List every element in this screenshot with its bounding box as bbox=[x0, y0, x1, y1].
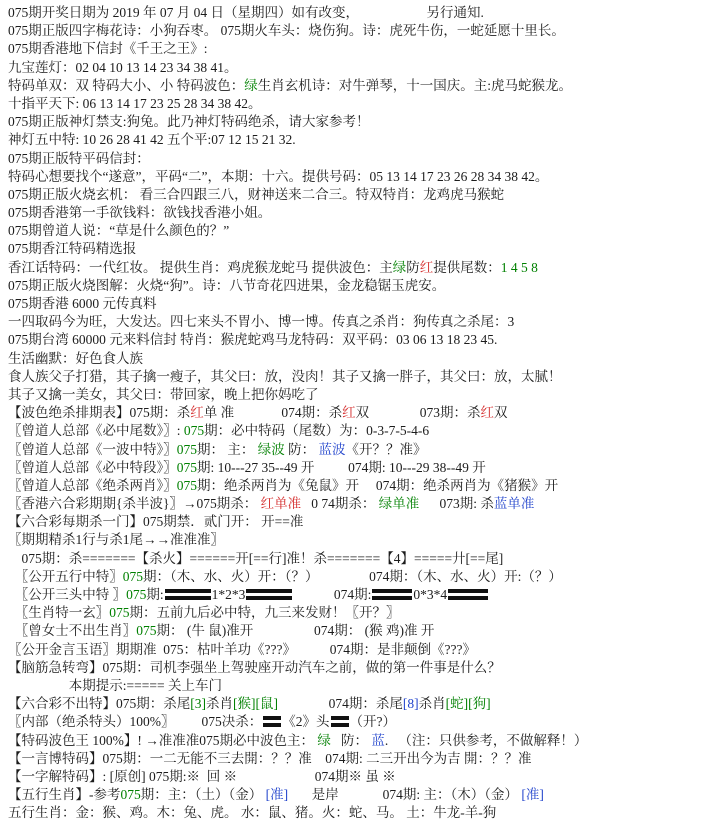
text-segment: 绿单准 bbox=[379, 496, 420, 511]
text-line: 075期正版火烧玄机： 看三合四跟三八，财神送来二合三。特双特肖：龙鸡虎马猴蛇 bbox=[8, 186, 723, 204]
text-segment: 神灯五中特: 10 26 28 41 42 五个平:07 12 15 21 32… bbox=[8, 132, 296, 147]
censored-bar bbox=[263, 716, 281, 727]
text-segment: [准] bbox=[266, 787, 289, 802]
censored-bar bbox=[448, 589, 488, 600]
text-segment: 073期: 杀 bbox=[419, 496, 494, 511]
text-line: 【脑筋急转弯】075期：司机李强坐上驾驶座开动汽车之前，做的第一件事是什么？ bbox=[8, 659, 723, 677]
text-line: 075期开奖日期为 2019 年 07 月 04 日（星期四）如有改变， 另行通… bbox=[8, 4, 723, 22]
text-segment: 074期：杀尾 bbox=[278, 696, 403, 711]
text-segment: 防 bbox=[406, 260, 420, 275]
text-line: 075期正版火烧图解：火烧“狗”。诗：八节奇花四进果，金龙稳锯玉虎安。 bbox=[8, 277, 723, 295]
text-segment: 生肖玄机诗：对牛弹琴，十一国庆。主:虎马蛇猴龙。 bbox=[258, 78, 572, 93]
text-segment: 0*3*4 bbox=[413, 587, 447, 602]
text-line: 075期：杀=======【杀火】======开[==行]准！杀=======【… bbox=[8, 550, 723, 568]
text-line: 〖公开五行中特〗075期：（木、水、火）开：（？） 074期：（木、水、火）开:… bbox=[8, 568, 723, 586]
text-segment: 防： bbox=[285, 442, 319, 457]
text-segment: 075期正版神灯禁支:狗兔。此乃神灯特码绝杀，请大家参考！ bbox=[8, 114, 370, 129]
text-segment: 075 bbox=[184, 423, 204, 438]
text-segment: 075期正版特平码信封： bbox=[8, 151, 150, 166]
text-segment: 期: 10---27 35--49 开 074期: 10---29 38--49… bbox=[197, 460, 486, 475]
text-segment: 〖曾道人总部《必中特段》〗 bbox=[8, 460, 177, 475]
text-segment: 【六合彩不出特】075期：杀尾 bbox=[8, 696, 190, 711]
text-segment: 〖内部（绝杀特头）100%〗 075决杀： bbox=[8, 714, 262, 729]
text-segment: 红 bbox=[481, 405, 495, 420]
text-segment: 期：绝杀两肖为《兔鼠》开 074期：绝杀两肖为《猪猴》开 bbox=[197, 478, 558, 493]
text-line: 075期台湾 60000 元来料信封 特肖：猴虎蛇鸡马龙特码：双平码：03 06… bbox=[8, 331, 723, 349]
text-line: 〖曾道人总部《必中尾数》〗: 075期：必中特码（尾数）为：0-3-7-5-4-… bbox=[8, 422, 723, 440]
text-line: 食人族父子打猎，其子擒一瘦子，其父曰：放，没肉！其子又擒一胖子，其父曰：放，太腻… bbox=[8, 368, 723, 386]
text-line: 〖曾道人总部《绝杀两肖》〗075期：绝杀两肖为《兔鼠》开 074期：绝杀两肖为《… bbox=[8, 477, 723, 495]
text-line: 【六合彩每期杀一门】075期禁．贰门开： 开==准 bbox=[8, 513, 723, 531]
text-segment: 香江话特码：一代红妆。 提供生肖：鸡虎猴龙蛇马 提供波色：主 bbox=[8, 260, 393, 275]
text-segment: 〖公开三头中特 〗 bbox=[8, 587, 126, 602]
text-line: 075期正版神灯禁支:狗兔。此乃神灯特码绝杀，请大家参考！ bbox=[8, 113, 723, 131]
text-segment: 防： bbox=[331, 733, 372, 748]
text-segment: 【特码波色王 100%】! →准准准075期必中波色主： bbox=[8, 733, 317, 748]
text-line: 075期香港第一手欲钱料：欲钱找香港小姐。 bbox=[8, 204, 723, 222]
text-line: 〖内部（绝杀特头）100%〗 075决杀：《2》头（开?） bbox=[8, 713, 723, 731]
text-segment: 075期香港地下信封《千王之王》: bbox=[8, 41, 208, 56]
text-segment: 十指平天下: 06 13 14 17 23 25 28 34 38 42。 bbox=[8, 96, 262, 111]
text-line: 〖期期精杀1行与杀1尾→→准准准〗 bbox=[8, 531, 723, 549]
text-line: 【一字解特码】: [原创] 075期:※ 回 ※ 074期※ 虽 ※ bbox=[8, 768, 723, 786]
text-segment: [3] bbox=[190, 696, 206, 711]
censored-bar bbox=[372, 589, 412, 600]
text-segment: 075 bbox=[121, 787, 141, 802]
text-line: 九宝莲灯：02 04 10 13 14 23 34 38 41。 bbox=[8, 59, 723, 77]
text-segment: 红 bbox=[190, 405, 204, 420]
text-line: 【特码波色王 100%】! →准准准075期必中波色主： 绿 防： 蓝. （注：… bbox=[8, 732, 723, 750]
text-segment: 【六合彩每期杀一门】075期禁．贰门开： 开==准 bbox=[8, 514, 303, 529]
text-segment: 红单准 bbox=[261, 496, 302, 511]
text-segment: 0 74期杀： bbox=[301, 496, 379, 511]
text-segment: 生活幽默：好色食人族 bbox=[8, 351, 143, 366]
censored-bar bbox=[331, 716, 349, 727]
text-segment: 〖曾道人总部《绝杀两肖》〗 bbox=[8, 478, 177, 493]
text-line: 075期正版特平码信封： bbox=[8, 150, 723, 168]
text-segment: 075 bbox=[123, 569, 143, 584]
text-line: 特码单双：双 特码大小、小 特码波色：绿生肖玄机诗：对牛弹琴，十一国庆。主:虎马… bbox=[8, 77, 723, 95]
censored-bar bbox=[165, 589, 211, 600]
text-segment: 期: bbox=[146, 587, 163, 602]
text-line: 【五行生肖】-参考075期：主：（土）（金） [准] 是岸 074期: 主：（木… bbox=[8, 786, 723, 804]
text-line: 【六合彩不出特】075期：杀尾[3]杀肖[猴][鼠] 074期：杀尾[8]杀肖[… bbox=[8, 695, 723, 713]
text-line: 特码心想要找个“遂意”，平码“二”，本期：十六。提供号码：05 13 14 17… bbox=[8, 168, 723, 186]
text-segment: 075 bbox=[109, 605, 129, 620]
text-line: 一四取码今为旺，大发达。四七来头不胃小、博一博。传真之杀肖：狗传真之杀尾：3 bbox=[8, 313, 723, 331]
text-segment: . （注：只供参考，不做解释！） bbox=[385, 733, 588, 748]
text-segment: 075 bbox=[126, 587, 146, 602]
text-segment: 双 bbox=[494, 405, 508, 420]
text-segment: 其子又擒一美女，其父曰：带回家，晚上把你妈吃了 bbox=[8, 387, 319, 402]
text-line: 其子又擒一美女，其父曰：带回家，晚上把你妈吃了 bbox=[8, 386, 723, 404]
text-segment: （开?） bbox=[350, 714, 397, 729]
text-line: 〖公开三头中特 〗075期:1*2*3 074期:0*3*4 bbox=[8, 586, 723, 604]
text-segment: 期： 主： bbox=[197, 442, 258, 457]
text-segment: 特码心想要找个“遂意”，平码“二”，本期：十六。提供号码：05 13 14 17… bbox=[8, 169, 548, 184]
text-line: 〖曾女士不出生肖〗075期： (牛 鼠)准开 074期： (猴 鸡)准 开 bbox=[8, 622, 723, 640]
text-line: 075期曾道人说：“草是什么颜色的？” bbox=[8, 222, 723, 240]
text-segment: [蛇][狗] bbox=[446, 696, 491, 711]
text-segment: 【波色绝杀排期表】075期：杀 bbox=[8, 405, 190, 420]
text-segment: 是岸 074期: 主：（木）（金） bbox=[288, 787, 521, 802]
text-line: 十指平天下: 06 13 14 17 23 25 28 34 38 42。 bbox=[8, 95, 723, 113]
text-segment: [8] bbox=[403, 696, 419, 711]
text-line: 〖曾道人总部《必中特段》〗075期: 10---27 35--49 开 074期… bbox=[8, 459, 723, 477]
text-segment: 期： (牛 鼠)准开 074期： (猴 鸡)准 开 bbox=[157, 623, 435, 638]
text-segment: 【五行生肖】-参考 bbox=[8, 787, 121, 802]
text-segment: 075期香港 6000 元传真料 bbox=[8, 296, 157, 311]
text-segment: 074期: bbox=[293, 587, 371, 602]
text-segment: 杀肖 bbox=[206, 696, 233, 711]
text-segment: 红 bbox=[342, 405, 356, 420]
text-segment: 〖曾道人总部《必中尾数》〗: bbox=[8, 423, 184, 438]
text-segment: 075 bbox=[177, 442, 197, 457]
text-segment: 1*2*3 bbox=[212, 587, 246, 602]
text-segment: 【脑筋急转弯】075期：司机李强坐上驾驶座开动汽车之前，做的第一件事是什么？ bbox=[8, 660, 501, 675]
text-segment: 双 073期：杀 bbox=[356, 405, 481, 420]
text-line: 〖香港六合彩期期{杀半波}〗→075期杀： 红单准 0 74期杀： 绿单准 07… bbox=[8, 495, 723, 513]
text-segment: 〖曾女士不出生肖〗 bbox=[8, 623, 136, 638]
text-segment: 《开？？准》 bbox=[346, 442, 427, 457]
text-segment: 〖香港六合彩期期{杀半波}〗→075期杀： bbox=[8, 496, 261, 511]
text-segment: 【一言博特码】075期：一二无能不三去開：？？准 074期: 二三开出今为吉 開… bbox=[8, 751, 532, 766]
text-line: 075期香港地下信封《千王之王》: bbox=[8, 40, 723, 58]
text-segment: 075期：杀=======【杀火】======开[==行]准！杀=======【… bbox=[8, 551, 503, 566]
text-segment: 一四取码今为旺，大发达。四七来头不胃小、博一博。传真之杀肖：狗传真之杀尾：3 bbox=[8, 314, 514, 329]
text-segment: 《2》头 bbox=[282, 714, 329, 729]
text-segment: 075期正版四字梅花诗：小狗吞枣。 075期火车头：烧伤狗。诗：虎死牛伤，一蛇延… bbox=[8, 23, 565, 38]
text-segment: 五行生肖：金：猴、鸡。木：兔、虎。 水：鼠、猪。火：蛇、马。 土：牛龙-羊-狗 bbox=[8, 805, 496, 820]
text-segment: 期：（木、水、火）开：（？） 074期：（木、水、火）开:（？） bbox=[143, 569, 562, 584]
text-segment: [猴][鼠] bbox=[233, 696, 278, 711]
text-segment: 绿 bbox=[317, 733, 331, 748]
text-segment: [准] bbox=[521, 787, 544, 802]
text-segment: 期：五前九后必中特，九三来发财！〖开？〗 bbox=[130, 605, 400, 620]
text-line: 〖生肖特一玄〗075期：五前九后必中特，九三来发财！〖开？〗 bbox=[8, 604, 723, 622]
text-segment: 特码单双：双 特码大小、小 特码波色： bbox=[8, 78, 244, 93]
text-line: 香江话特码：一代红妆。 提供生肖：鸡虎猴龙蛇马 提供波色：主绿防红提供尾数：1 … bbox=[8, 259, 723, 277]
text-line: 神灯五中特: 10 26 28 41 42 五个平:07 12 15 21 32… bbox=[8, 131, 723, 149]
text-segment: 075期正版火烧图解：火烧“狗”。诗：八节奇花四进果，金龙稳锯玉虎安。 bbox=[8, 278, 445, 293]
text-segment: 绿波 bbox=[258, 442, 285, 457]
text-segment: 075期香港第一手欲钱料：欲钱找香港小姐。 bbox=[8, 205, 271, 220]
text-segment: 绿 bbox=[244, 78, 258, 93]
text-segment: 〖期期精杀1行与杀1尾→→准准准〗 bbox=[8, 532, 224, 547]
censored-bar bbox=[246, 589, 292, 600]
text-segment: 蓝单准 bbox=[494, 496, 535, 511]
text-line: 〖公开金言玉语〗期期准 075：枯叶羊功《???》 074期：是非颠倒《???》 bbox=[8, 641, 723, 659]
text-lines: 075期开奖日期为 2019 年 07 月 04 日（星期四）如有改变， 另行通… bbox=[8, 4, 723, 822]
text-line: 075期香港 6000 元传真料 bbox=[8, 295, 723, 313]
lottery-tips-page: 075期开奖日期为 2019 年 07 月 04 日（星期四）如有改变， 另行通… bbox=[0, 0, 725, 824]
text-line: 075期香江特码精选报 bbox=[8, 240, 723, 258]
text-segment: 九宝莲灯：02 04 10 13 14 23 34 38 41。 bbox=[8, 60, 238, 75]
text-line: 【波色绝杀排期表】075期：杀红单 准 074期：杀红双 073期：杀红双 bbox=[8, 404, 723, 422]
text-segment: 075期台湾 60000 元来料信封 特肖：猴虎蛇鸡马龙特码：双平码：03 06… bbox=[8, 332, 497, 347]
text-segment: 〖生肖特一玄〗 bbox=[8, 605, 109, 620]
text-line: 【一言博特码】075期：一二无能不三去開：？？准 074期: 二三开出今为吉 開… bbox=[8, 750, 723, 768]
text-segment: 红 bbox=[420, 260, 434, 275]
text-segment: 075 bbox=[177, 460, 197, 475]
text-segment: 〖公开五行中特〗 bbox=[8, 569, 123, 584]
text-segment: 蓝波 bbox=[319, 442, 346, 457]
text-segment: 期：主：（土）（金） bbox=[141, 787, 266, 802]
text-line: 075期正版四字梅花诗：小狗吞枣。 075期火车头：烧伤狗。诗：虎死牛伤，一蛇延… bbox=[8, 22, 723, 40]
text-line: 生活幽默：好色食人族 bbox=[8, 350, 723, 368]
text-line: 五行生肖：金：猴、鸡。木：兔、虎。 水：鼠、猪。火：蛇、马。 土：牛龙-羊-狗 bbox=[8, 804, 723, 822]
text-segment: 单 准 074期：杀 bbox=[204, 405, 342, 420]
text-line: 本期提示:===== 关上车门 bbox=[8, 677, 723, 695]
text-segment: 提供尾数： bbox=[433, 260, 501, 275]
text-segment: 食人族父子打猎，其子擒一瘦子，其父曰：放，没肉！其子又擒一胖子，其父曰：放，太腻… bbox=[8, 369, 562, 384]
text-segment: 075 bbox=[177, 478, 197, 493]
text-line: 〖曾道人总部《一波中特》〗075期： 主： 绿波 防： 蓝波《开？？准》 bbox=[8, 441, 723, 459]
text-segment: 本期提示:===== 关上车门 bbox=[8, 678, 222, 693]
text-segment: 075期香江特码精选报 bbox=[8, 241, 136, 256]
text-segment: 075期正版火烧玄机： 看三合四跟三八，财神送来二合三。特双特肖：龙鸡虎马猴蛇 bbox=[8, 187, 504, 202]
text-segment: 〖公开金言玉语〗期期准 075：枯叶羊功《???》 074期：是非颠倒《???》 bbox=[8, 642, 476, 657]
text-segment: 075期曾道人说：“草是什么颜色的？” bbox=[8, 223, 229, 238]
text-segment: 期：必中特码（尾数）为：0-3-7-5-4-6 bbox=[204, 423, 429, 438]
text-segment: 075 bbox=[136, 623, 156, 638]
text-segment: 075期开奖日期为 2019 年 07 月 04 日（星期四）如有改变， 另行通… bbox=[8, 5, 484, 20]
text-segment: 〖曾道人总部《一波中特》〗 bbox=[8, 442, 177, 457]
text-segment: 【一字解特码】: [原创] 075期:※ 回 ※ 074期※ 虽 ※ bbox=[8, 769, 396, 784]
text-segment: 蓝 bbox=[371, 733, 385, 748]
text-segment: 杀肖 bbox=[419, 696, 446, 711]
text-segment: 1 4 5 8 bbox=[501, 260, 538, 275]
text-segment: 绿 bbox=[393, 260, 407, 275]
